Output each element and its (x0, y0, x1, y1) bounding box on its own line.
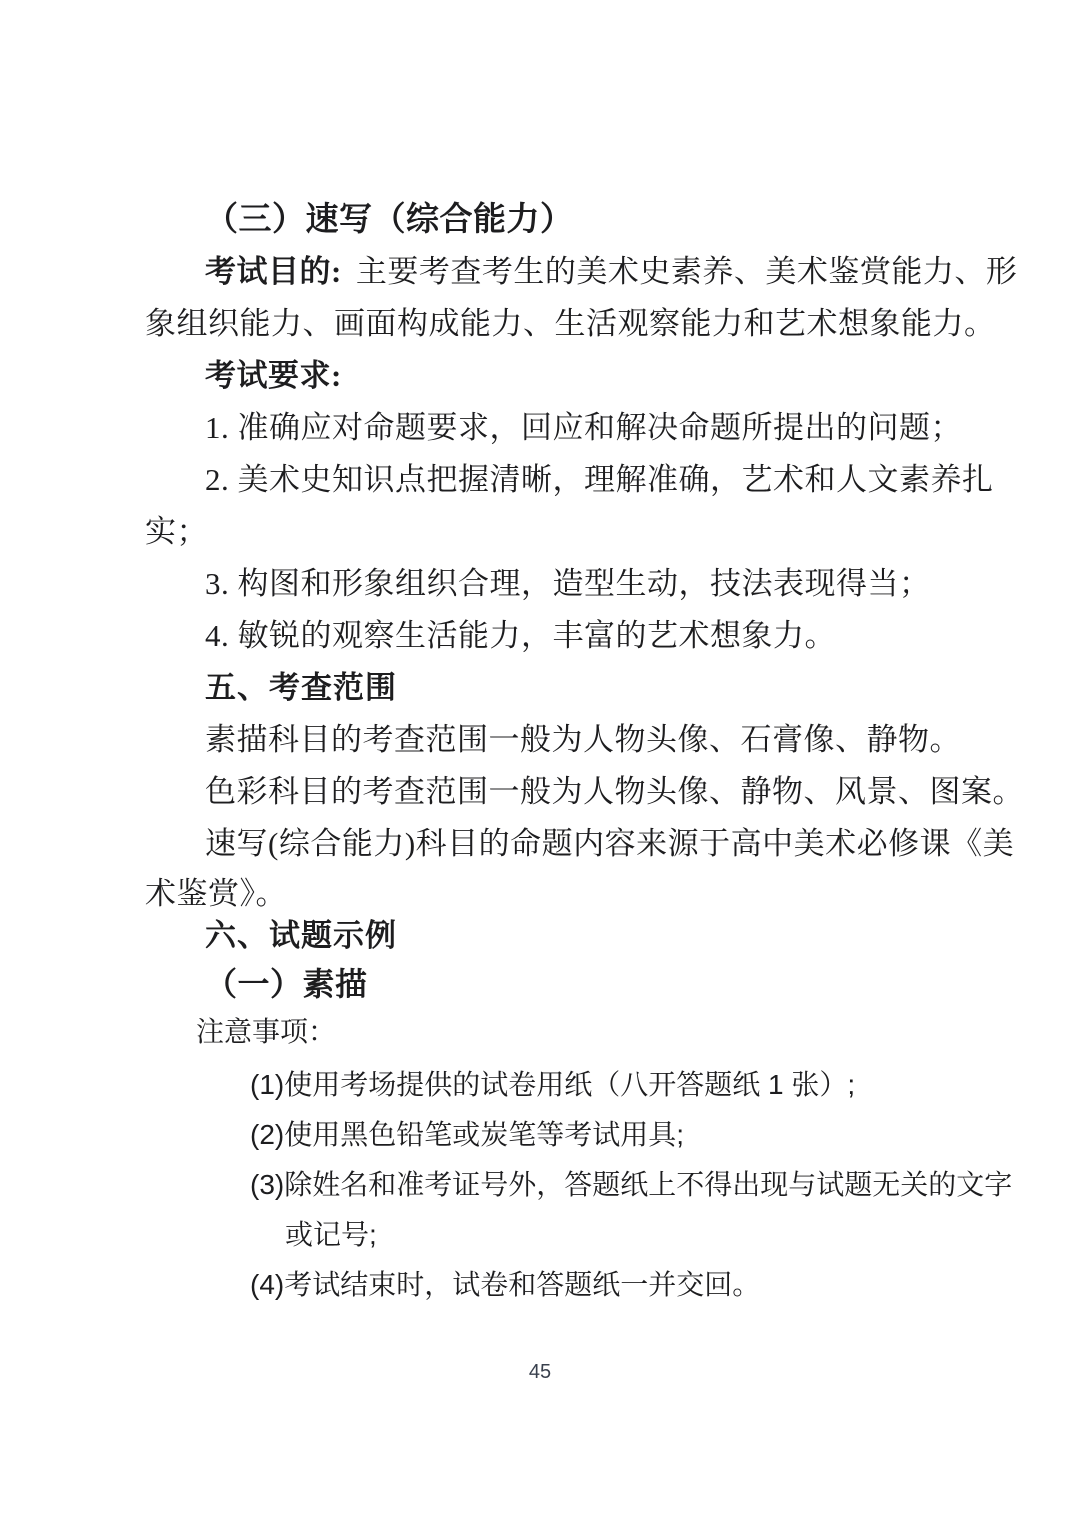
requirement-line-continuation: 实； (145, 506, 967, 558)
exam-purpose-label: 考试目的: (205, 254, 342, 289)
scope-line-quicksketch: 速写(综合能力)科目的命题内容来源于高中美术必修课《美 (145, 818, 967, 870)
section5-heading: 五、考查范围 (145, 662, 967, 714)
document-body: （三）速写（综合能力） 考试目的:主要考查考生的美术史素养、美术鉴赏能力、形 象… (145, 194, 967, 1310)
section3-heading: （三）速写（综合能力） (145, 194, 967, 246)
exam-requirements-label: 考试要求: (145, 350, 967, 402)
note-line: (1)使用考场提供的试卷用纸（八开答题纸 1 张）; (145, 1060, 967, 1110)
requirement-line: 4. 敏锐的观察生活能力，丰富的艺术想象力。 (145, 610, 967, 662)
exam-purpose-line: 考试目的:主要考查考生的美术史素养、美术鉴赏能力、形 (145, 246, 967, 298)
note-line: (3)除姓名和准考证号外，答题纸上不得出现与试题无关的文字 (145, 1160, 967, 1210)
requirement-line: 2. 美术史知识点把握清晰，理解准确，艺术和人文素养扎 (145, 454, 967, 506)
requirement-line: 1. 准确应对命题要求，回应和解决命题所提出的问题； (145, 402, 967, 454)
subsection1-heading: （一）素描 (145, 960, 967, 1008)
page-number: 45 (0, 1358, 1080, 1386)
scope-line-color: 色彩科目的考查范围一般为人物头像、静物、风景、图案。 (145, 766, 967, 818)
exam-purpose-text: 主要考查考生的美术史素养、美术鉴赏能力、形 (356, 254, 1018, 289)
note-line: (4)考试结束时，试卷和答题纸一并交回。 (145, 1260, 967, 1310)
exam-purpose-continuation: 象组织能力、画面构成能力、生活观察能力和艺术想象能力。 (145, 298, 967, 350)
document-page: （三）速写（综合能力） 考试目的:主要考查考生的美术史素养、美术鉴赏能力、形 象… (0, 0, 1080, 1526)
scope-line-continuation: 术鉴赏》。 (145, 870, 967, 918)
note-line: (2)使用黑色铅笔或炭笔等考试用具; (145, 1110, 967, 1160)
notes-label: 注意事项： (145, 1008, 967, 1056)
note-line-continuation: 或记号; (145, 1210, 967, 1260)
scope-line-sketch: 素描科目的考查范围一般为人物头像、石膏像、静物。 (145, 714, 967, 766)
requirement-line: 3. 构图和形象组织合理，造型生动，技法表现得当； (145, 558, 967, 610)
section6-heading: 六、试题示例 (145, 912, 967, 960)
